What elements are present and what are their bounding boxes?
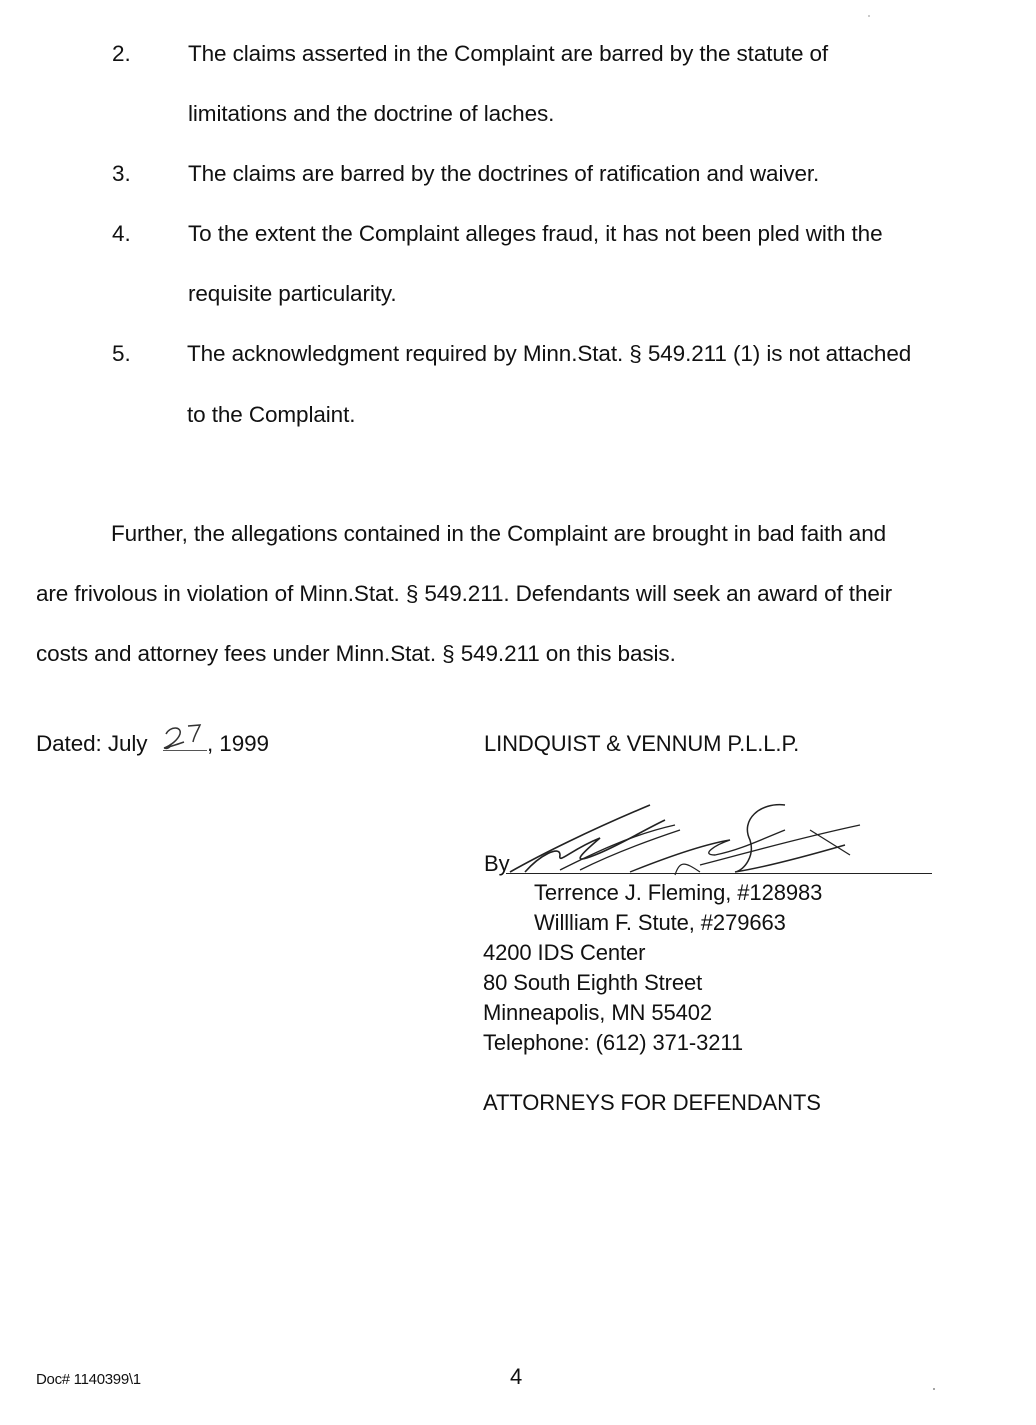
document-page: 2. The claims asserted in the Complaint … xyxy=(0,0,1036,1425)
page-number: 4 xyxy=(510,1364,522,1390)
paragraph-line: Further, the allegations contained in th… xyxy=(111,521,886,547)
defense-text-line: The claims are barred by the doctrines o… xyxy=(188,161,819,187)
attorneys-role: ATTORNEYS FOR DEFENDANTS xyxy=(483,1090,821,1116)
scan-speck xyxy=(933,1388,935,1390)
attorney-name: Willliam F. Stute, #279663 xyxy=(534,910,786,936)
address-line: 80 South Eighth Street xyxy=(483,970,702,996)
attorney-name: Terrence J. Fleming, #128983 xyxy=(534,880,822,906)
telephone-line: Telephone: (612) 371-3211 xyxy=(483,1030,743,1056)
address-line: 4200 IDS Center xyxy=(483,940,645,966)
date-underline xyxy=(163,750,207,751)
defense-text-line: The claims asserted in the Complaint are… xyxy=(188,41,828,67)
date-prefix: Dated: July xyxy=(36,731,147,757)
defense-text-line: To the extent the Complaint alleges frau… xyxy=(188,221,883,247)
address-line: Minneapolis, MN 55402 xyxy=(483,1000,712,1026)
defense-text-line: to the Complaint. xyxy=(187,402,355,428)
paragraph-line: are frivolous in violation of Minn.Stat.… xyxy=(36,581,892,607)
defense-number: 5. xyxy=(112,341,131,367)
law-firm-name: LINDQUIST & VENNUM P.L.L.P. xyxy=(484,731,799,757)
document-number: Doc# 1140399\1 xyxy=(36,1371,141,1389)
handwritten-signature xyxy=(500,800,880,880)
date-suffix: , 1999 xyxy=(207,731,269,757)
scan-speck xyxy=(868,15,870,17)
handwritten-day-number xyxy=(160,720,212,754)
defense-number: 4. xyxy=(112,221,131,247)
defense-number: 3. xyxy=(112,161,131,187)
defense-number: 2. xyxy=(112,41,131,67)
defense-text-line: limitations and the doctrine of laches. xyxy=(188,101,554,127)
paragraph-line: costs and attorney fees under Minn.Stat.… xyxy=(36,641,676,667)
defense-text-line: The acknowledgment required by Minn.Stat… xyxy=(187,341,911,367)
signature-line xyxy=(506,873,932,874)
defense-text-line: requisite particularity. xyxy=(188,281,397,307)
